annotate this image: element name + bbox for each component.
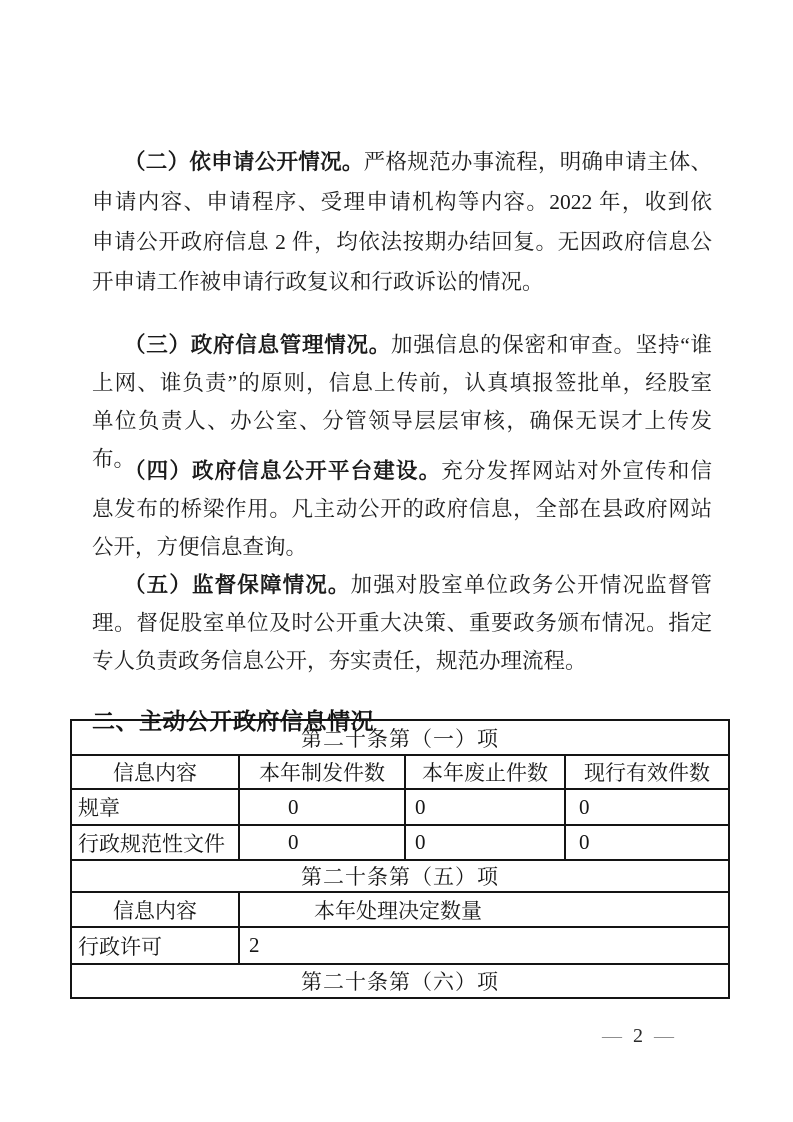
table-section-title: 第二十条第（一）项	[71, 720, 729, 755]
text-line: （二）依申请公开情况。严格规范办事流程，明确申请主体、	[92, 142, 712, 182]
paragraph-text: 加强对股室单位政务公开情况监督管	[351, 573, 712, 597]
table-section-title: 第二十条第（五）项	[71, 860, 729, 892]
text-line: 公开，方便信息查询。	[92, 528, 712, 566]
table-col-header: 本年废止件数	[405, 755, 565, 789]
table-cell-value: 0	[239, 825, 405, 860]
table-section-title: 第二十条第（六）项	[71, 964, 729, 998]
table-cell-value: 0	[405, 825, 565, 860]
table-col-header: 现行有效件数	[565, 755, 729, 789]
text-line: 上网、谁负责”的原则，信息上传前，认真填报签批单，经股室	[92, 364, 712, 402]
table-row-label: 规章	[71, 789, 239, 825]
table-row: 行政许可 2	[71, 927, 729, 964]
page-number-value: 2	[633, 1025, 643, 1047]
table-cell-value: 0	[565, 825, 729, 860]
table-row-label: 行政规范性文件	[71, 825, 239, 860]
table-cell-value: 0	[405, 789, 565, 825]
page-number-dash: —	[654, 1025, 674, 1047]
paragraph-lead: （二）依申请公开情况。	[124, 150, 364, 174]
text-line: 理。督促股室单位及时公开重大决策、重要政务颁布情况。指定	[92, 604, 712, 642]
paragraph-lead: （五）监督保障情况。	[124, 573, 351, 597]
table-section-row: 第二十条第（六）项	[71, 964, 729, 998]
paragraph-lead: （三）政府信息管理情况。	[124, 333, 391, 357]
text-line: 息发布的桥梁作用。凡主动公开的政府信息，全部在县政府网站	[92, 490, 712, 528]
table-col-header: 信息内容	[71, 755, 239, 789]
page-number-dash: —	[602, 1025, 622, 1047]
document-page: （二）依申请公开情况。严格规范办事流程，明确申请主体、 申请内容、申请程序、受理…	[0, 0, 793, 1122]
paragraph-request-disclosure: （二）依申请公开情况。严格规范办事流程，明确申请主体、 申请内容、申请程序、受理…	[92, 142, 712, 302]
table-header-row: 信息内容 本年制发件数 本年废止件数 现行有效件数	[71, 755, 729, 789]
paragraph-platform-construction: （四）政府信息公开平台建设。充分发挥网站对外宣传和信 息发布的桥梁作用。凡主动公…	[92, 452, 712, 566]
paragraph-text: 充分发挥网站对外宣传和信	[441, 459, 712, 483]
paragraph-text: 严格规范办事流程，明确申请主体、	[364, 150, 712, 174]
paragraph-text: 加强信息的保密和审查。坚持“谁	[391, 333, 712, 357]
text-line: 开申请工作被申请行政复议和行政诉讼的情况。	[92, 262, 712, 302]
text-line: 专人负责政务信息公开，夯实责任，规范办理流程。	[92, 642, 712, 680]
text-line: （五）监督保障情况。加强对股室单位政务公开情况监督管	[92, 566, 712, 604]
text-line: 申请内容、申请程序、受理申请机构等内容。2022 年，收到依	[92, 182, 712, 222]
table-row: 行政规范性文件 0 0 0	[71, 825, 729, 860]
table-col-header: 本年制发件数	[239, 755, 405, 789]
table-row-label: 行政许可	[71, 927, 239, 964]
table-cell-value: 0	[239, 789, 405, 825]
table-section-row: 第二十条第（一）项	[71, 720, 729, 755]
table-header-row: 信息内容 本年处理决定数量	[71, 892, 729, 927]
table-col-header: 信息内容	[71, 892, 239, 927]
table-row: 规章 0 0 0	[71, 789, 729, 825]
paragraph-lead: （四）政府信息公开平台建设。	[124, 459, 441, 483]
table-section-row: 第二十条第（五）项	[71, 860, 729, 892]
paragraph-supervision: （五）监督保障情况。加强对股室单位政务公开情况监督管 理。督促股室单位及时公开重…	[92, 566, 712, 680]
table-col-header: 本年处理决定数量	[239, 892, 729, 927]
text-line: 申请公开政府信息 2 件，均依法按期办结回复。无因政府信息公	[92, 222, 712, 262]
disclosure-statistics-table: 第二十条第（一）项 信息内容 本年制发件数 本年废止件数 现行有效件数 规章 0…	[70, 719, 730, 999]
table-cell-value: 2	[239, 927, 729, 964]
table-cell-value: 0	[565, 789, 729, 825]
text-line: （三）政府信息管理情况。加强信息的保密和审查。坚持“谁	[92, 326, 712, 364]
page-number: —2—	[578, 1024, 698, 1048]
text-line: （四）政府信息公开平台建设。充分发挥网站对外宣传和信	[92, 452, 712, 490]
